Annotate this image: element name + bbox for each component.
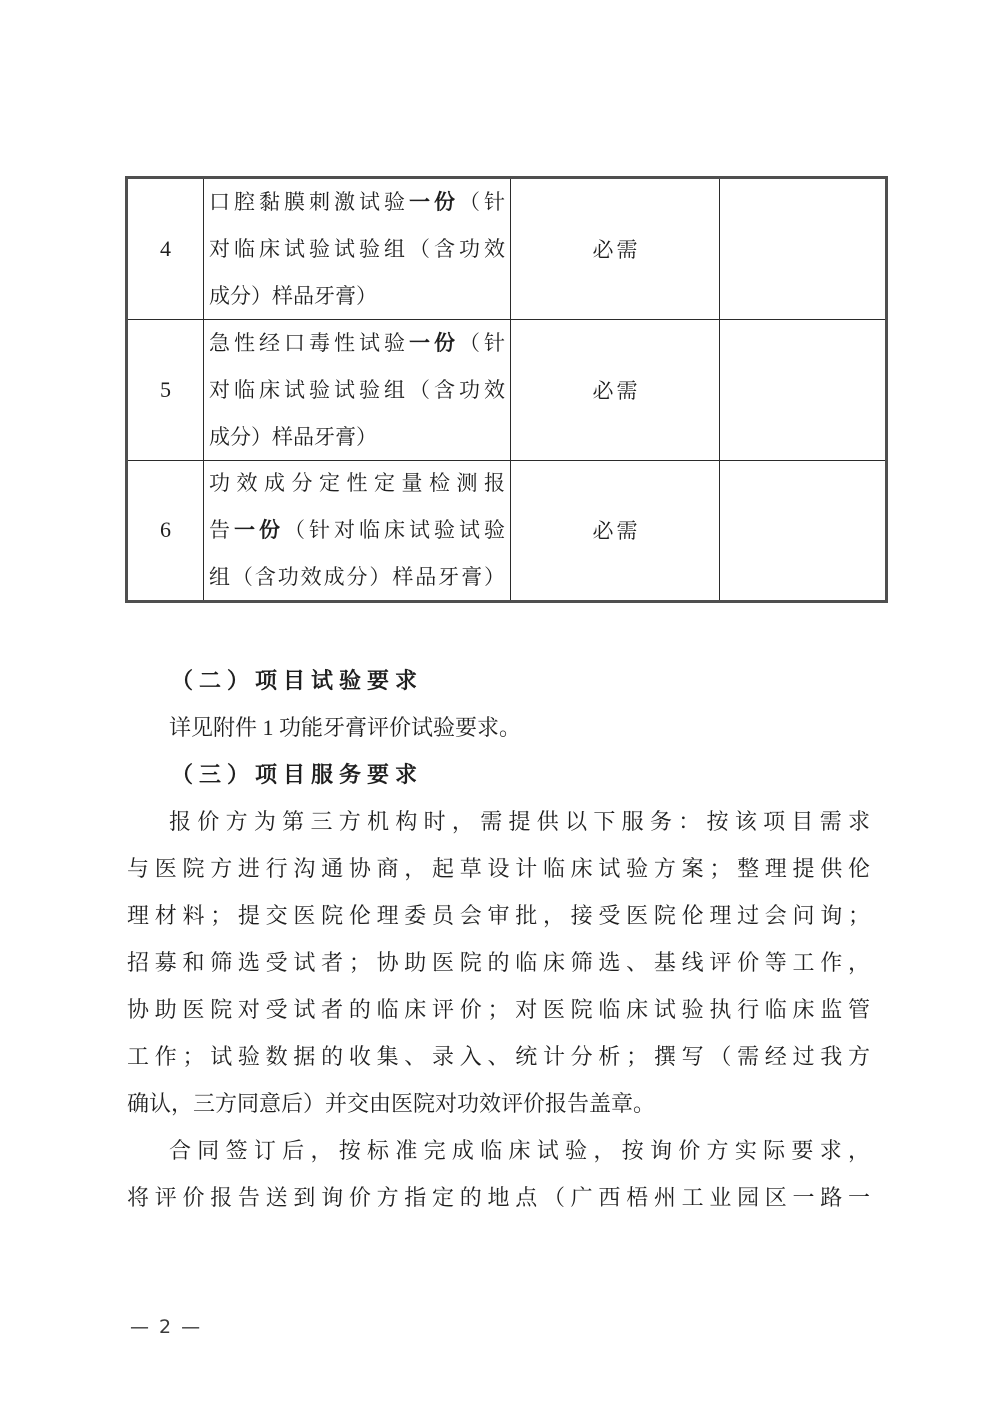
desc-text: （针 [459, 331, 505, 355]
desc-text: 功效成分定性定量检测报 [209, 471, 505, 495]
cell-line: 告一份（针对临床试验试验 [209, 507, 505, 554]
requirements-table: 4 口腔黏膜刺激试验一份（针 对临床试验试验组（含功效 成分）样品牙膏） 必需 … [125, 176, 888, 603]
desc-bold-text: 一份 [234, 518, 284, 542]
section-heading-3: （三）项目服务要求 [127, 751, 870, 798]
paragraph-line: 将评价报告送到询价方指定的地点（广西梧州工业园区一路一 [127, 1174, 870, 1221]
item-description-cell: 口腔黏膜刺激试验一份（针 对临床试验试验组（含功效 成分）样品牙膏） [203, 179, 510, 319]
paragraph-line: 协助医院对受试者的临床评价；对医院临床试验执行临床监管 [127, 986, 870, 1033]
cell-line: 急性经口毒性试验一份（针 [209, 320, 505, 367]
required-cell: 必需 [510, 319, 719, 459]
row-number-cell: 4 [128, 179, 203, 319]
paragraph-line: 确认，三方同意后）并交由医院对功效评价报告盖章。 [127, 1080, 870, 1127]
desc-text: 告 [209, 518, 234, 542]
paragraph-line: 与医院方进行沟通协商，起草设计临床试验方案；整理提供伦 [127, 845, 870, 892]
paragraph-line: 报价方为第三方机构时，需提供以下服务：按该项目需求 [127, 798, 870, 845]
row-number-cell: 6 [128, 460, 203, 600]
required-label: 必需 [590, 234, 641, 264]
item-description-cell: 功效成分定性定量检测报 告一份（针对临床试验试验 组（含功效成分）样品牙膏） [203, 460, 510, 600]
row-number: 5 [160, 377, 171, 403]
paragraph-line: 理材料；提交医院伦理委员会审批，接受医院伦理过会问询； [127, 892, 870, 939]
desc-text: 对临床试验试验组（含功效 [209, 378, 505, 402]
section-heading-2: （二）项目试验要求 [127, 657, 870, 704]
body-text: （二）项目试验要求 详见附件 1 功能牙膏评价试验要求。 （三）项目服务要求 报… [127, 657, 870, 1221]
desc-text: （针 [459, 190, 505, 214]
cell-line: 对临床试验试验组（含功效 [209, 367, 505, 414]
required-cell: 必需 [510, 460, 719, 600]
item-description-cell: 急性经口毒性试验一份（针 对临床试验试验组（含功效 成分）样品牙膏） [203, 319, 510, 459]
required-label: 必需 [590, 375, 641, 405]
reference-line: 详见附件 1 功能牙膏评价试验要求。 [127, 704, 870, 751]
desc-text: 组（含功效成分）样品牙膏） [209, 565, 505, 589]
desc-bold-text: 一份 [409, 331, 459, 355]
desc-text: （针对临床试验试验 [284, 518, 505, 542]
cell-line: 组（含功效成分）样品牙膏） [209, 554, 505, 600]
desc-text: 对临床试验试验组（含功效 [209, 237, 505, 261]
required-cell: 必需 [510, 179, 719, 319]
note-cell [719, 460, 885, 600]
page-number: — 2 — [130, 1303, 202, 1351]
cell-line: 成分）样品牙膏） [209, 414, 505, 460]
required-label: 必需 [590, 515, 641, 545]
cell-line: 口腔黏膜刺激试验一份（针 [209, 179, 505, 226]
row-number: 4 [160, 236, 171, 262]
row-number-cell: 5 [128, 319, 203, 459]
desc-text: 成分）样品牙膏） [209, 284, 377, 308]
paragraph-line: 招募和筛选受试者；协助医院的临床筛选、基线评价等工作， [127, 939, 870, 986]
cell-line: 成分）样品牙膏） [209, 273, 505, 320]
cell-line: 功效成分定性定量检测报 [209, 460, 505, 507]
note-cell [719, 319, 885, 459]
paragraph-line: 合同签订后，按标准完成临床试验，按询价方实际要求， [127, 1127, 870, 1174]
desc-text: 口腔黏膜刺激试验 [209, 190, 409, 214]
desc-text: 成分）样品牙膏） [209, 425, 377, 449]
note-cell [719, 179, 885, 319]
row-number: 6 [160, 517, 171, 543]
paragraph-line: 工作；试验数据的收集、录入、统计分析；撰写（需经过我方 [127, 1033, 870, 1080]
cell-line: 对临床试验试验组（含功效 [209, 226, 505, 273]
desc-bold-text: 一份 [409, 190, 459, 214]
desc-text: 急性经口毒性试验 [209, 331, 409, 355]
